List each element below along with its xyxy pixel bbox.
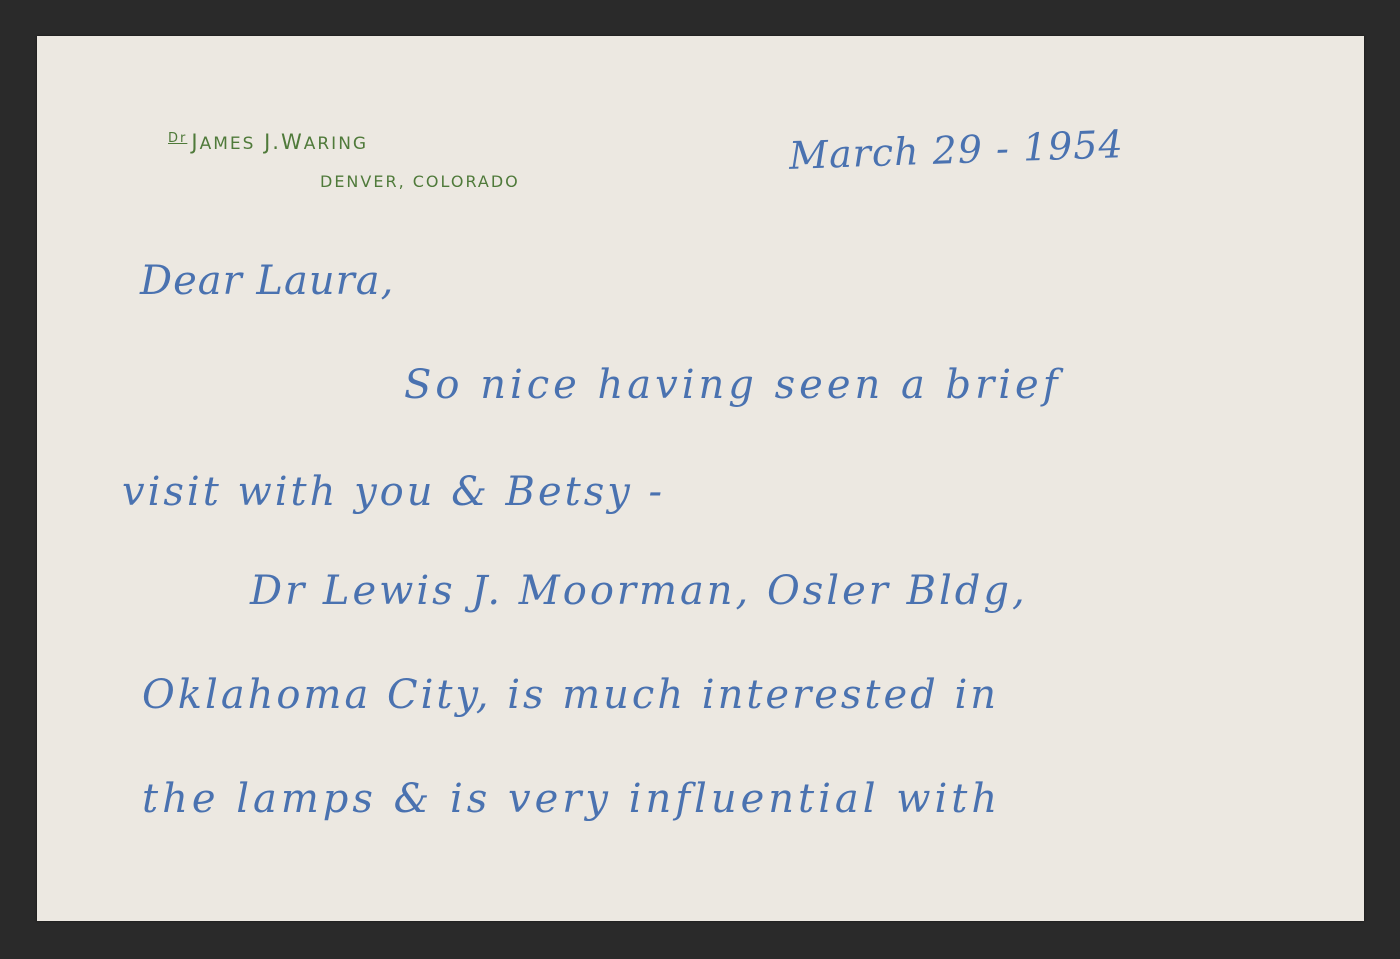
letter-line: Oklahoma City, is much interested in	[142, 672, 999, 718]
letter-line: the lamps & is very influential with	[142, 776, 1001, 822]
letter-line: So nice having seen a brief	[404, 362, 1062, 408]
letter-date: March 29 - 1954	[788, 122, 1124, 178]
letterhead-first-initial: J	[191, 130, 199, 154]
letter-line: visit with you & Betsy -	[122, 469, 665, 515]
letterhead-name: DrJAMES J.WARING	[168, 130, 368, 154]
letterhead-last-rest: ARING	[304, 134, 368, 154]
letterhead-title: Dr	[168, 131, 187, 146]
letterhead-first-rest: AMES	[200, 134, 256, 154]
letter-line: Dr Lewis J. Moorman, Osler Bldg,	[250, 568, 1028, 614]
letterhead-city: DENVER, COLORADO	[320, 172, 520, 191]
letterhead-middle: J.	[264, 130, 281, 154]
letter-salutation: Dear Laura,	[140, 258, 394, 304]
letter-card: DrJAMES J.WARING DENVER, COLORADO March …	[37, 36, 1364, 921]
letterhead-last-initial: W	[281, 130, 304, 154]
